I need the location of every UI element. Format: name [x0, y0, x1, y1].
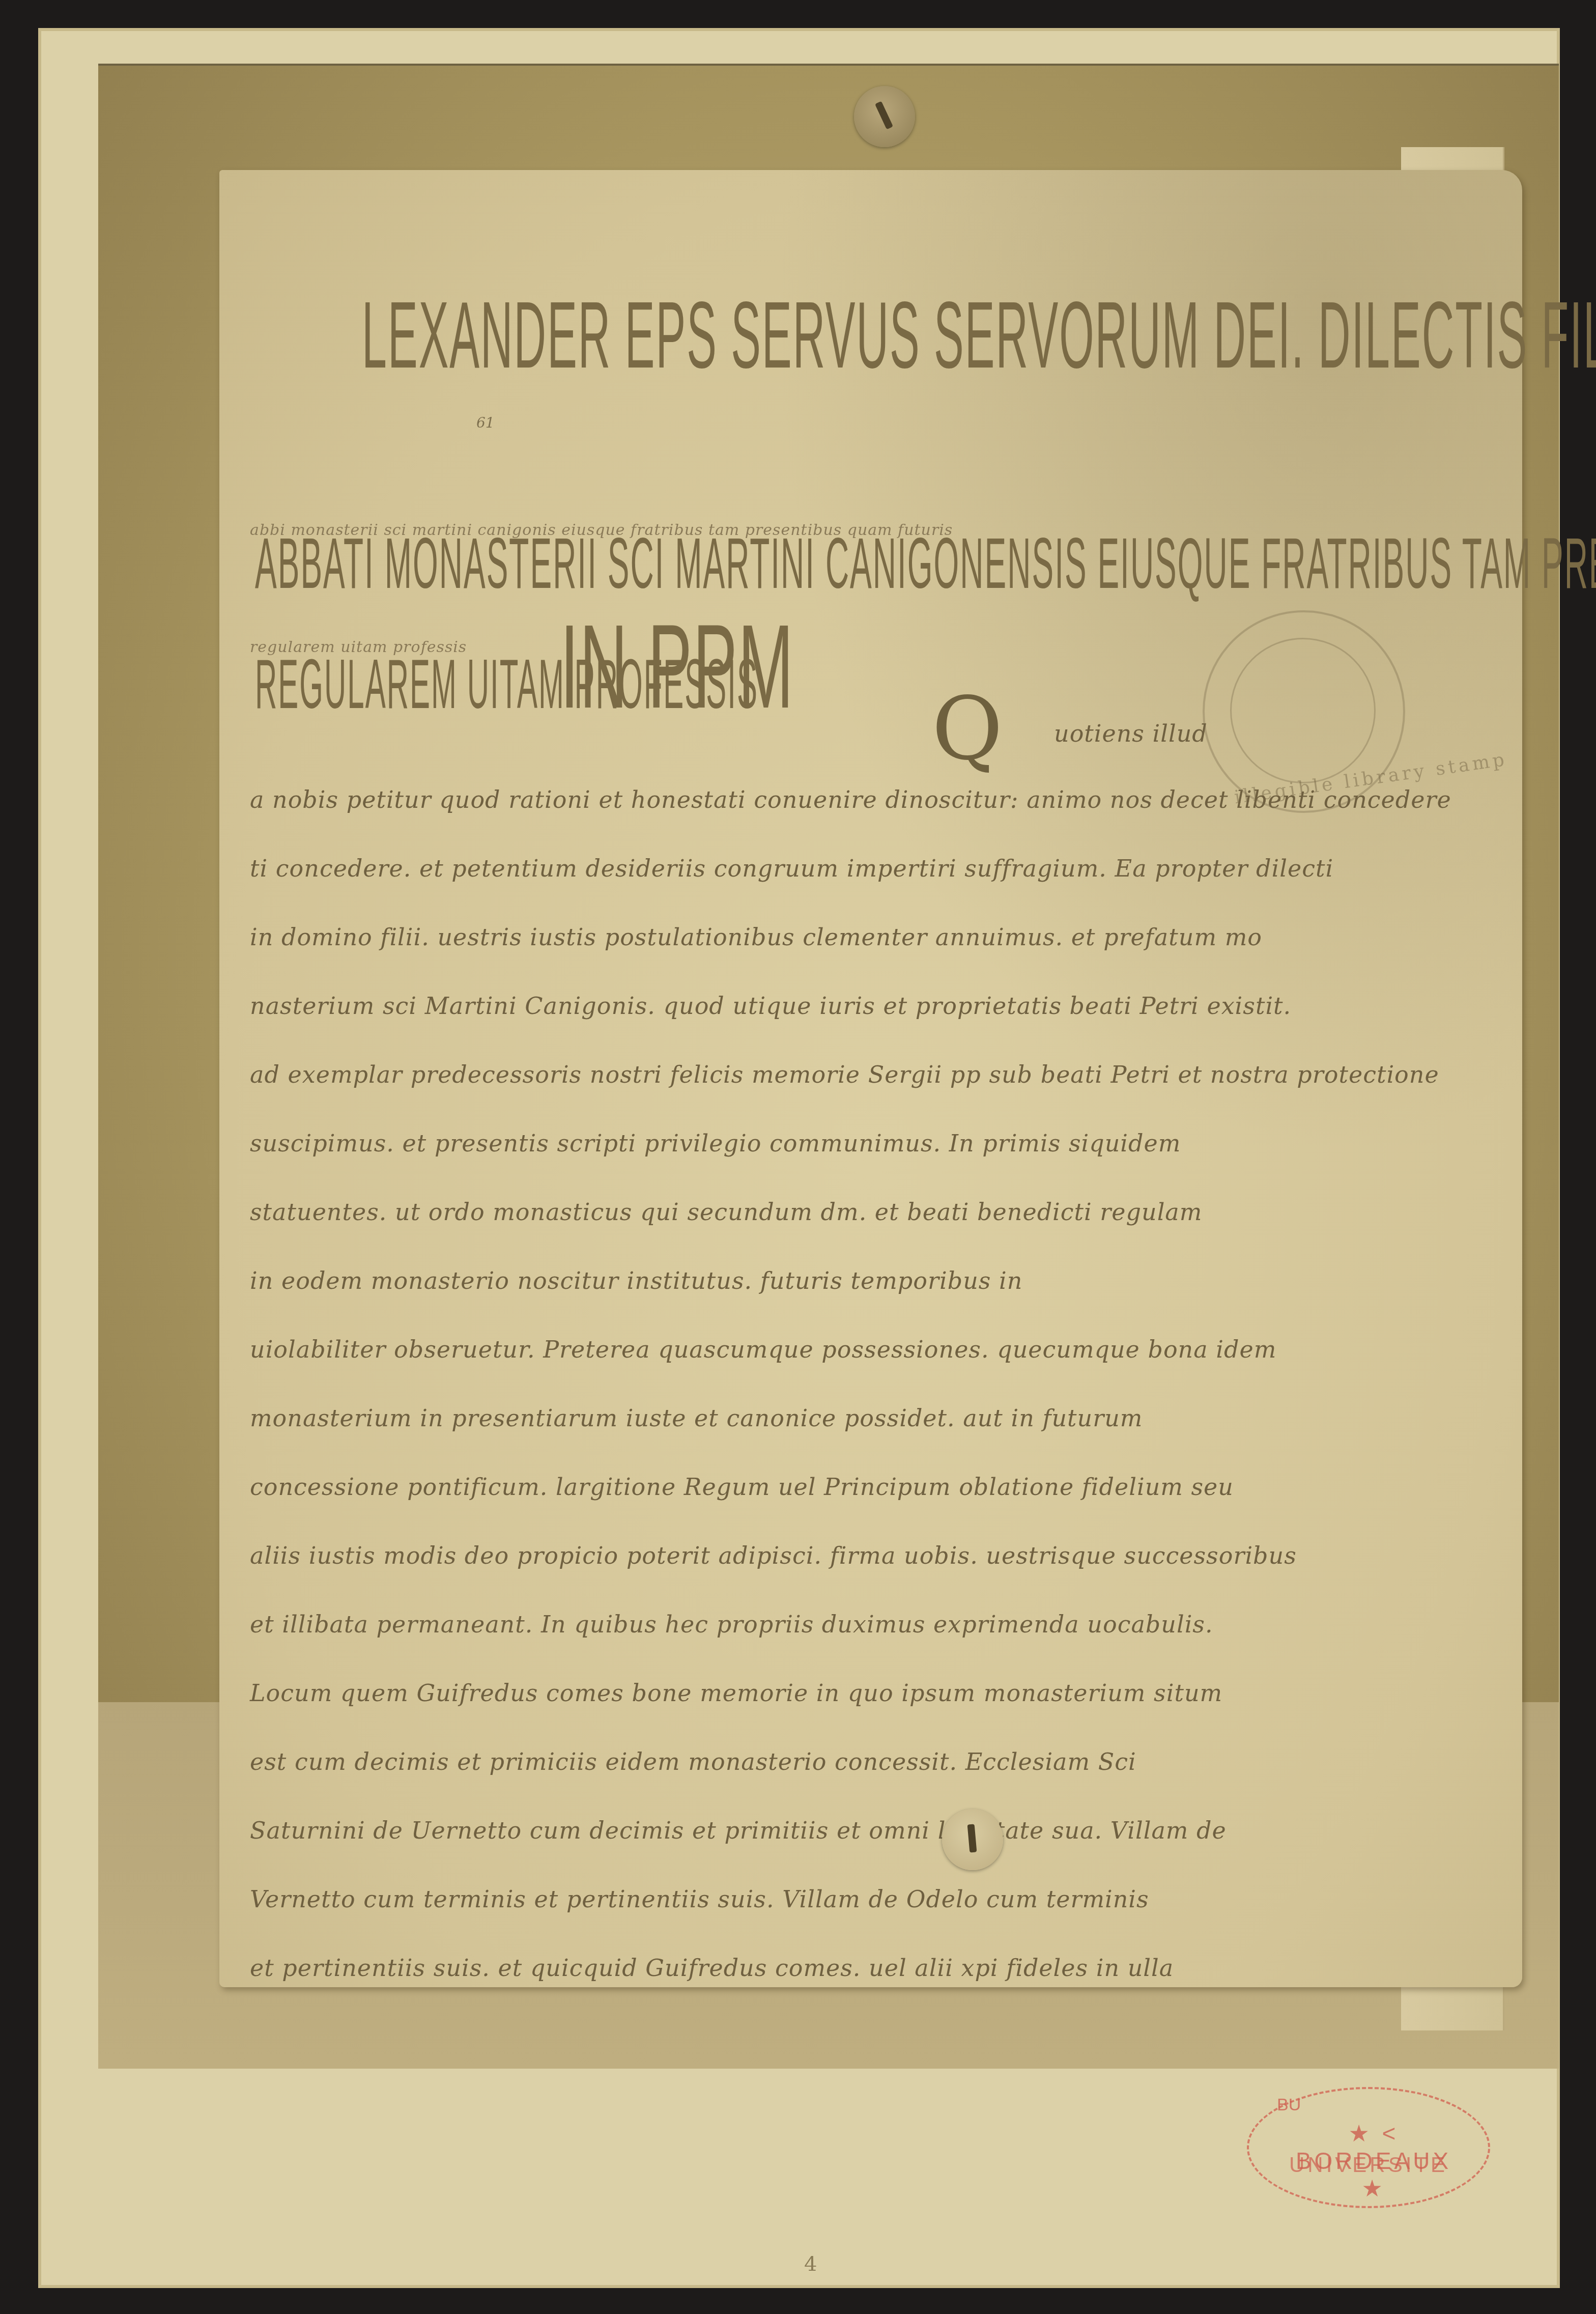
text-line: Locum quem Guifredus comes bone memorie … [250, 1679, 1222, 1707]
text-line: in eodem monasterio noscitur institutus.… [250, 1267, 1022, 1294]
initial-Q: Q [932, 679, 1003, 780]
text-line: Vernetto cum terminis et pertinentiis su… [250, 1885, 1149, 1913]
bottom-fastener-icon [942, 1809, 1003, 1870]
text-line: est cum decimis et primiciis eidem monas… [250, 1748, 1136, 1775]
text-line: in domino filii. uestris iustis postulat… [250, 923, 1262, 951]
text-line: Saturnini de Uernetto cum decimis et pri… [250, 1817, 1227, 1844]
mount-mark: 4 [804, 2252, 817, 2276]
top-fastener-icon [854, 86, 915, 147]
photo-mount-card: 61 LEXANDER EPS SERVUS SERVORUM DEI. DIL… [38, 28, 1560, 2288]
stamp-line-3: UNIVERSITE [1279, 2153, 1458, 2177]
text-line: monasterium in presentiarum iuste et can… [250, 1404, 1143, 1432]
text-line: et pertinentiis suis. et quicquid Guifre… [250, 1954, 1174, 1982]
intitulatio-line-2: ABBATI MONASTERII SCI MARTINI CANIGONENS… [255, 522, 1596, 605]
text-line: aliis iustis modis deo propicio poterit … [250, 1542, 1297, 1569]
folio-mark: 61 [476, 414, 495, 431]
text-line: ti concedere. et petentium desideriis co… [250, 855, 1333, 882]
intitulatio-line-1: LEXANDER EPS SERVUS SERVORUM DEI. DILECT… [362, 281, 1596, 390]
bordeaux-university-stamp: BU ★ < BORDEAUX ★ UNIVERSITE [1247, 2087, 1490, 2208]
stamp-line-1: BU [1277, 2095, 1301, 2115]
photographic-print: 61 LEXANDER EPS SERVUS SERVORUM DEI. DIL… [98, 64, 1559, 2069]
text-line: statuentes. ut ordo monasticus qui secun… [250, 1198, 1202, 1226]
text-line: ad exemplar predecessoris nostri felicis… [250, 1061, 1439, 1088]
text-line: concessione pontificum. largitione Regum… [250, 1473, 1234, 1501]
manuscript-parchment: 61 LEXANDER EPS SERVUS SERVORUM DEI. DIL… [219, 170, 1522, 1987]
text-line: nasterium sci Martini Canigonis. quod ut… [250, 992, 1291, 1020]
text-line: et illibata permaneant. In quibus hec pr… [250, 1611, 1213, 1638]
in-perpetuum-formula: IN PPM [560, 598, 794, 735]
text-line: suscipimus. et presentis scripti privile… [250, 1130, 1181, 1157]
q-continuation: uotiens illud [1054, 720, 1208, 747]
text-line: uiolabiliter obseruetur. Preterea quascu… [250, 1336, 1276, 1363]
